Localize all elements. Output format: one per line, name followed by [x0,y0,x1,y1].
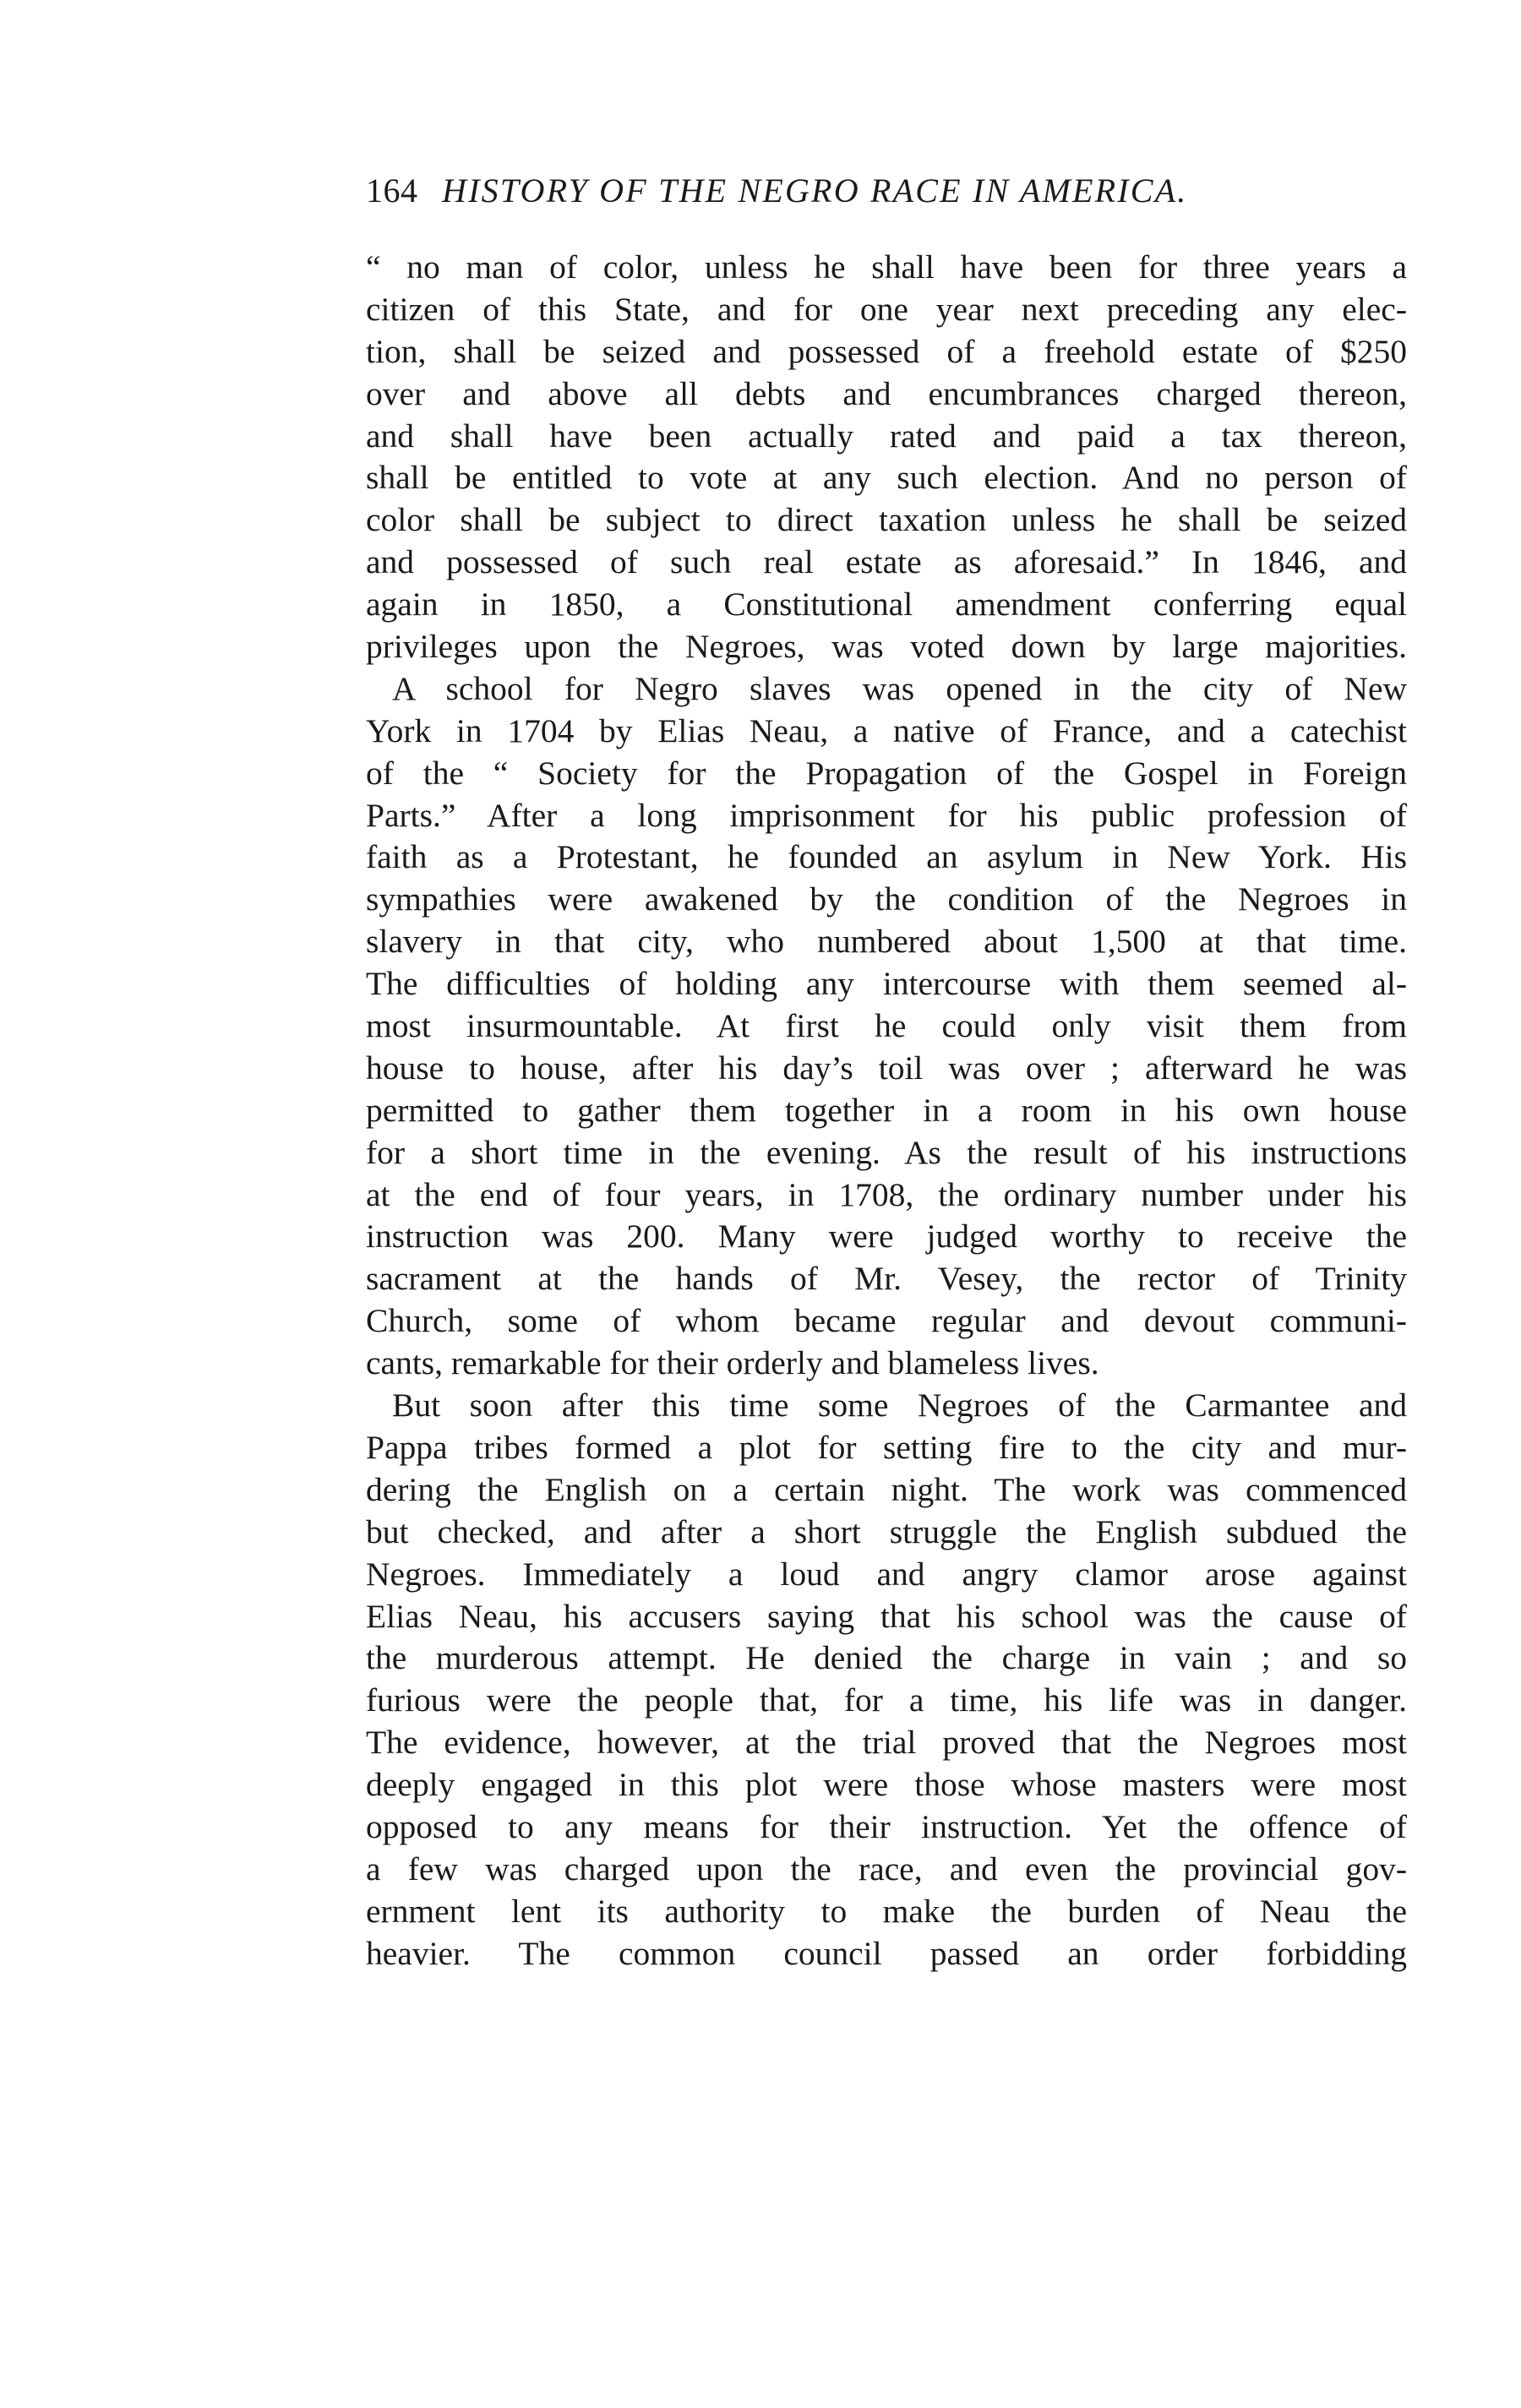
text-line: and shall have been actually rated and p… [366,416,1407,458]
text-line: furious were the people that, for a time… [366,1680,1407,1722]
page-number: 164 [366,172,418,210]
text-line: privileges upon the Negroes, was voted d… [366,626,1407,668]
text-line: But soon after this time some Negroes of… [366,1385,1407,1427]
text-line: and possessed of such real estate as afo… [366,542,1407,584]
text-line: Parts.” After a long imprisonment for hi… [366,795,1407,837]
text-line: Negroes. Immediately a loud and angry cl… [366,1554,1407,1596]
text-line: The evidence, however, at the trial prov… [366,1722,1407,1764]
text-line: cants, remarkable for their orderly and … [366,1343,1407,1385]
paragraph-3: But soon after this time some Negroes of… [366,1385,1407,1975]
text-line: house to house, after his day’s toil was… [366,1048,1407,1090]
book-page: 164 HISTORY OF THE NEGRO RACE IN AMERICA… [0,0,1521,2408]
text-line: faith as a Protestant, he founded an asy… [366,836,1407,879]
text-line: dering the English on a certain night. T… [366,1469,1407,1512]
text-line: deeply engaged in this plot were those w… [366,1764,1407,1806]
text-line: opposed to any means for their instructi… [366,1806,1407,1849]
text-line: most insurmountable. At first he could o… [366,1005,1407,1048]
text-line: for a short time in the evening. As the … [366,1132,1407,1174]
text-line: slavery in that city, who numbered about… [366,921,1407,963]
text-line: of the “ Society for the Propagation of … [366,753,1407,795]
running-title: HISTORY OF THE NEGRO RACE IN AMERICA. [442,172,1188,210]
text-line: a few was charged upon the race, and eve… [366,1849,1407,1891]
text-line: Elias Neau, his accusers saying that his… [366,1596,1407,1638]
text-line: again in 1850, a Constitutional amendmen… [366,584,1407,626]
text-line: York in 1704 by Elias Neau, a native of … [366,711,1407,753]
text-line: “ no man of color, unless he shall have … [366,247,1407,289]
text-line: instruction was 200. Many were judged wo… [366,1216,1407,1258]
text-line: the murderous attempt. He denied the cha… [366,1637,1407,1680]
running-head: 164 HISTORY OF THE NEGRO RACE IN AMERICA… [366,166,1414,216]
text-line: Church, some of whom became regular and … [366,1300,1407,1343]
paragraph-2: A school for Negro slaves was opened in … [366,668,1407,1385]
text-line: color shall be subject to direct taxatio… [366,499,1407,542]
text-line: ernment lent its authority to make the b… [366,1891,1407,1933]
paragraph-1: “ no man of color, unless he shall have … [366,247,1407,668]
text-line: at the end of four years, in 1708, the o… [366,1174,1407,1217]
text-line: shall be entitled to vote at any such el… [366,457,1407,499]
text-line: The difficulties of holding any intercou… [366,963,1407,1005]
text-line: sympathies were awakened by the conditio… [366,879,1407,921]
text-line: tion, shall be seized and possessed of a… [366,331,1407,373]
text-line: sacrament at the hands of Mr. Vesey, the… [366,1258,1407,1300]
text-line: but checked, and after a short struggle … [366,1512,1407,1554]
text-line: Pappa tribes formed a plot for setting f… [366,1427,1407,1469]
text-line: heavier. The common council passed an or… [366,1933,1407,1975]
text-line: A school for Negro slaves was opened in … [366,668,1407,711]
text-line: citizen of this State, and for one year … [366,289,1407,331]
body-text: “ no man of color, unless he shall have … [366,247,1407,1975]
text-line: permitted to gather them together in a r… [366,1090,1407,1132]
text-line: over and above all debts and encumbrance… [366,373,1407,416]
